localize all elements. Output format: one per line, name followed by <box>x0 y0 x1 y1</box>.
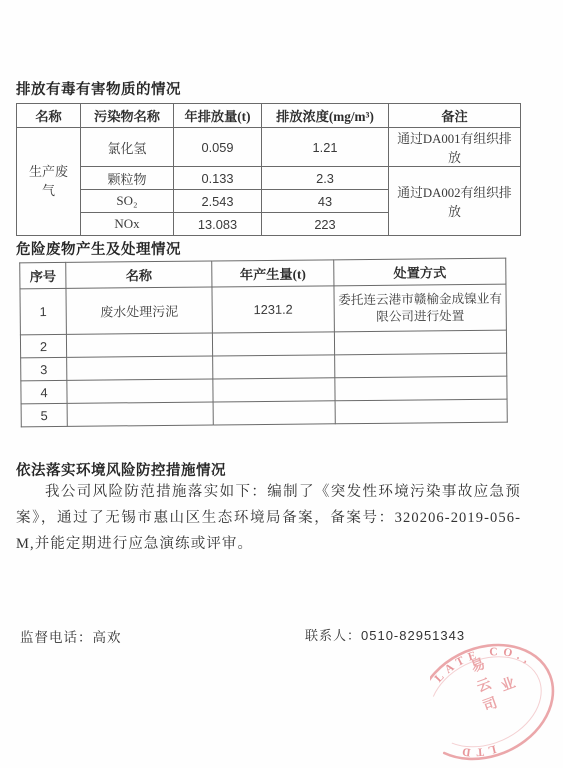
emissions-section-title: 排放有毒有害物质的情况 <box>16 78 181 99</box>
seal-char: 云 <box>475 676 494 696</box>
supervision-phone-label: 监督电话：高欢 <box>20 626 122 646</box>
hazardous-waste-table: 序号 名称 年产生量(t) 处置方式 1 废水处理污泥 1231.2 委托连云港… <box>19 258 508 428</box>
company-seal-stamp: LATE CO., LTD 易 云 业 司 <box>430 620 563 768</box>
seal-ring-group: LATE CO., LTD <box>430 624 563 768</box>
col-header-name: 名称 <box>17 104 81 128</box>
waste-name-cell <box>67 402 213 426</box>
annual-output-cell <box>213 401 335 425</box>
category-cell: 生产废气 <box>17 128 81 236</box>
concentration-cell: 223 <box>262 213 389 236</box>
col-header-pollutant: 污染物名称 <box>81 104 174 128</box>
col-header-remark: 备注 <box>389 104 521 128</box>
concentration-cell: 2.3 <box>262 167 389 190</box>
concentration-cell: 43 <box>262 190 389 213</box>
pollutant-cell: NOx <box>81 213 174 236</box>
pollutant-cell: 氯化氢 <box>81 128 174 167</box>
serial-cell: 1 <box>20 288 66 334</box>
disposal-cell <box>335 353 507 378</box>
seal-outer-ring <box>430 624 563 768</box>
table-row: 5 <box>21 399 507 427</box>
serial-cell: 3 <box>21 357 67 380</box>
col-header-annual-amount: 年排放量(t) <box>174 104 262 128</box>
table-row: 1 废水处理污泥 1231.2 委托连云港市赣榆金成镍业有限公司进行处置 <box>20 284 506 335</box>
annual-amount-cell: 2.543 <box>174 190 262 213</box>
risk-control-section-title: 依法落实环境风险防控措施情况 <box>16 459 226 480</box>
emissions-table-header-row: 名称 污染物名称 年排放量(t) 排放浓度(mg/m³) 备注 <box>17 104 521 128</box>
annual-output-cell: 1231.2 <box>212 286 334 333</box>
disposal-cell <box>335 376 507 401</box>
scanned-document-page: 排放有毒有害物质的情况 名称 污染物名称 年排放量(t) 排放浓度(mg/m³)… <box>0 0 563 768</box>
annual-output-cell <box>212 332 334 356</box>
waste-name-cell <box>67 356 213 380</box>
hazardous-waste-section-title: 危险废物产生及处理情况 <box>16 238 181 259</box>
table-row: 颗粒物 0.133 2.3 通过DA002有组织排放 <box>17 167 521 190</box>
pollutant-cell: 颗粒物 <box>81 167 174 190</box>
disposal-cell <box>335 399 507 424</box>
annual-output-cell <box>213 378 335 402</box>
annual-output-cell <box>213 355 335 379</box>
remark-cell: 通过DA002有组织排放 <box>389 167 521 236</box>
col-header-concentration: 排放浓度(mg/m³) <box>262 104 389 128</box>
remark-cell: 通过DA001有组织排放 <box>389 128 521 167</box>
annual-amount-cell: 0.133 <box>174 167 262 190</box>
seal-ring-text-bottom: LTD <box>452 731 499 768</box>
serial-cell: 2 <box>20 334 66 357</box>
emissions-table: 名称 污染物名称 年排放量(t) 排放浓度(mg/m³) 备注 生产废气 氯化氢… <box>16 103 521 236</box>
col-header-serial: 序号 <box>20 262 66 288</box>
waste-name-cell <box>66 333 212 357</box>
serial-cell: 4 <box>21 380 67 403</box>
seal-char: 业 <box>499 675 518 695</box>
table-row: 生产废气 氯化氢 0.059 1.21 通过DA001有组织排放 <box>17 128 521 167</box>
col-header-annual-output: 年产生量(t) <box>212 260 334 287</box>
annual-amount-cell: 13.083 <box>174 213 262 236</box>
col-header-waste-name: 名称 <box>66 261 212 288</box>
seal-char: 司 <box>481 694 500 715</box>
disposal-cell <box>334 330 506 355</box>
annual-amount-cell: 0.059 <box>174 128 262 167</box>
disposal-cell: 委托连云港市赣榆金成镍业有限公司进行处置 <box>334 284 506 332</box>
pollutant-cell: SO₂ <box>81 190 174 213</box>
risk-control-paragraph: 我公司风险防范措施落实如下：编制了《突发性环境污染事故应急预案》，通过了无锡市惠… <box>16 479 521 557</box>
col-header-disposal: 处置方式 <box>334 258 506 286</box>
waste-name-cell <box>67 379 213 403</box>
serial-cell: 5 <box>21 403 67 426</box>
concentration-cell: 1.21 <box>262 128 389 167</box>
waste-name-cell: 废水处理污泥 <box>66 287 212 334</box>
